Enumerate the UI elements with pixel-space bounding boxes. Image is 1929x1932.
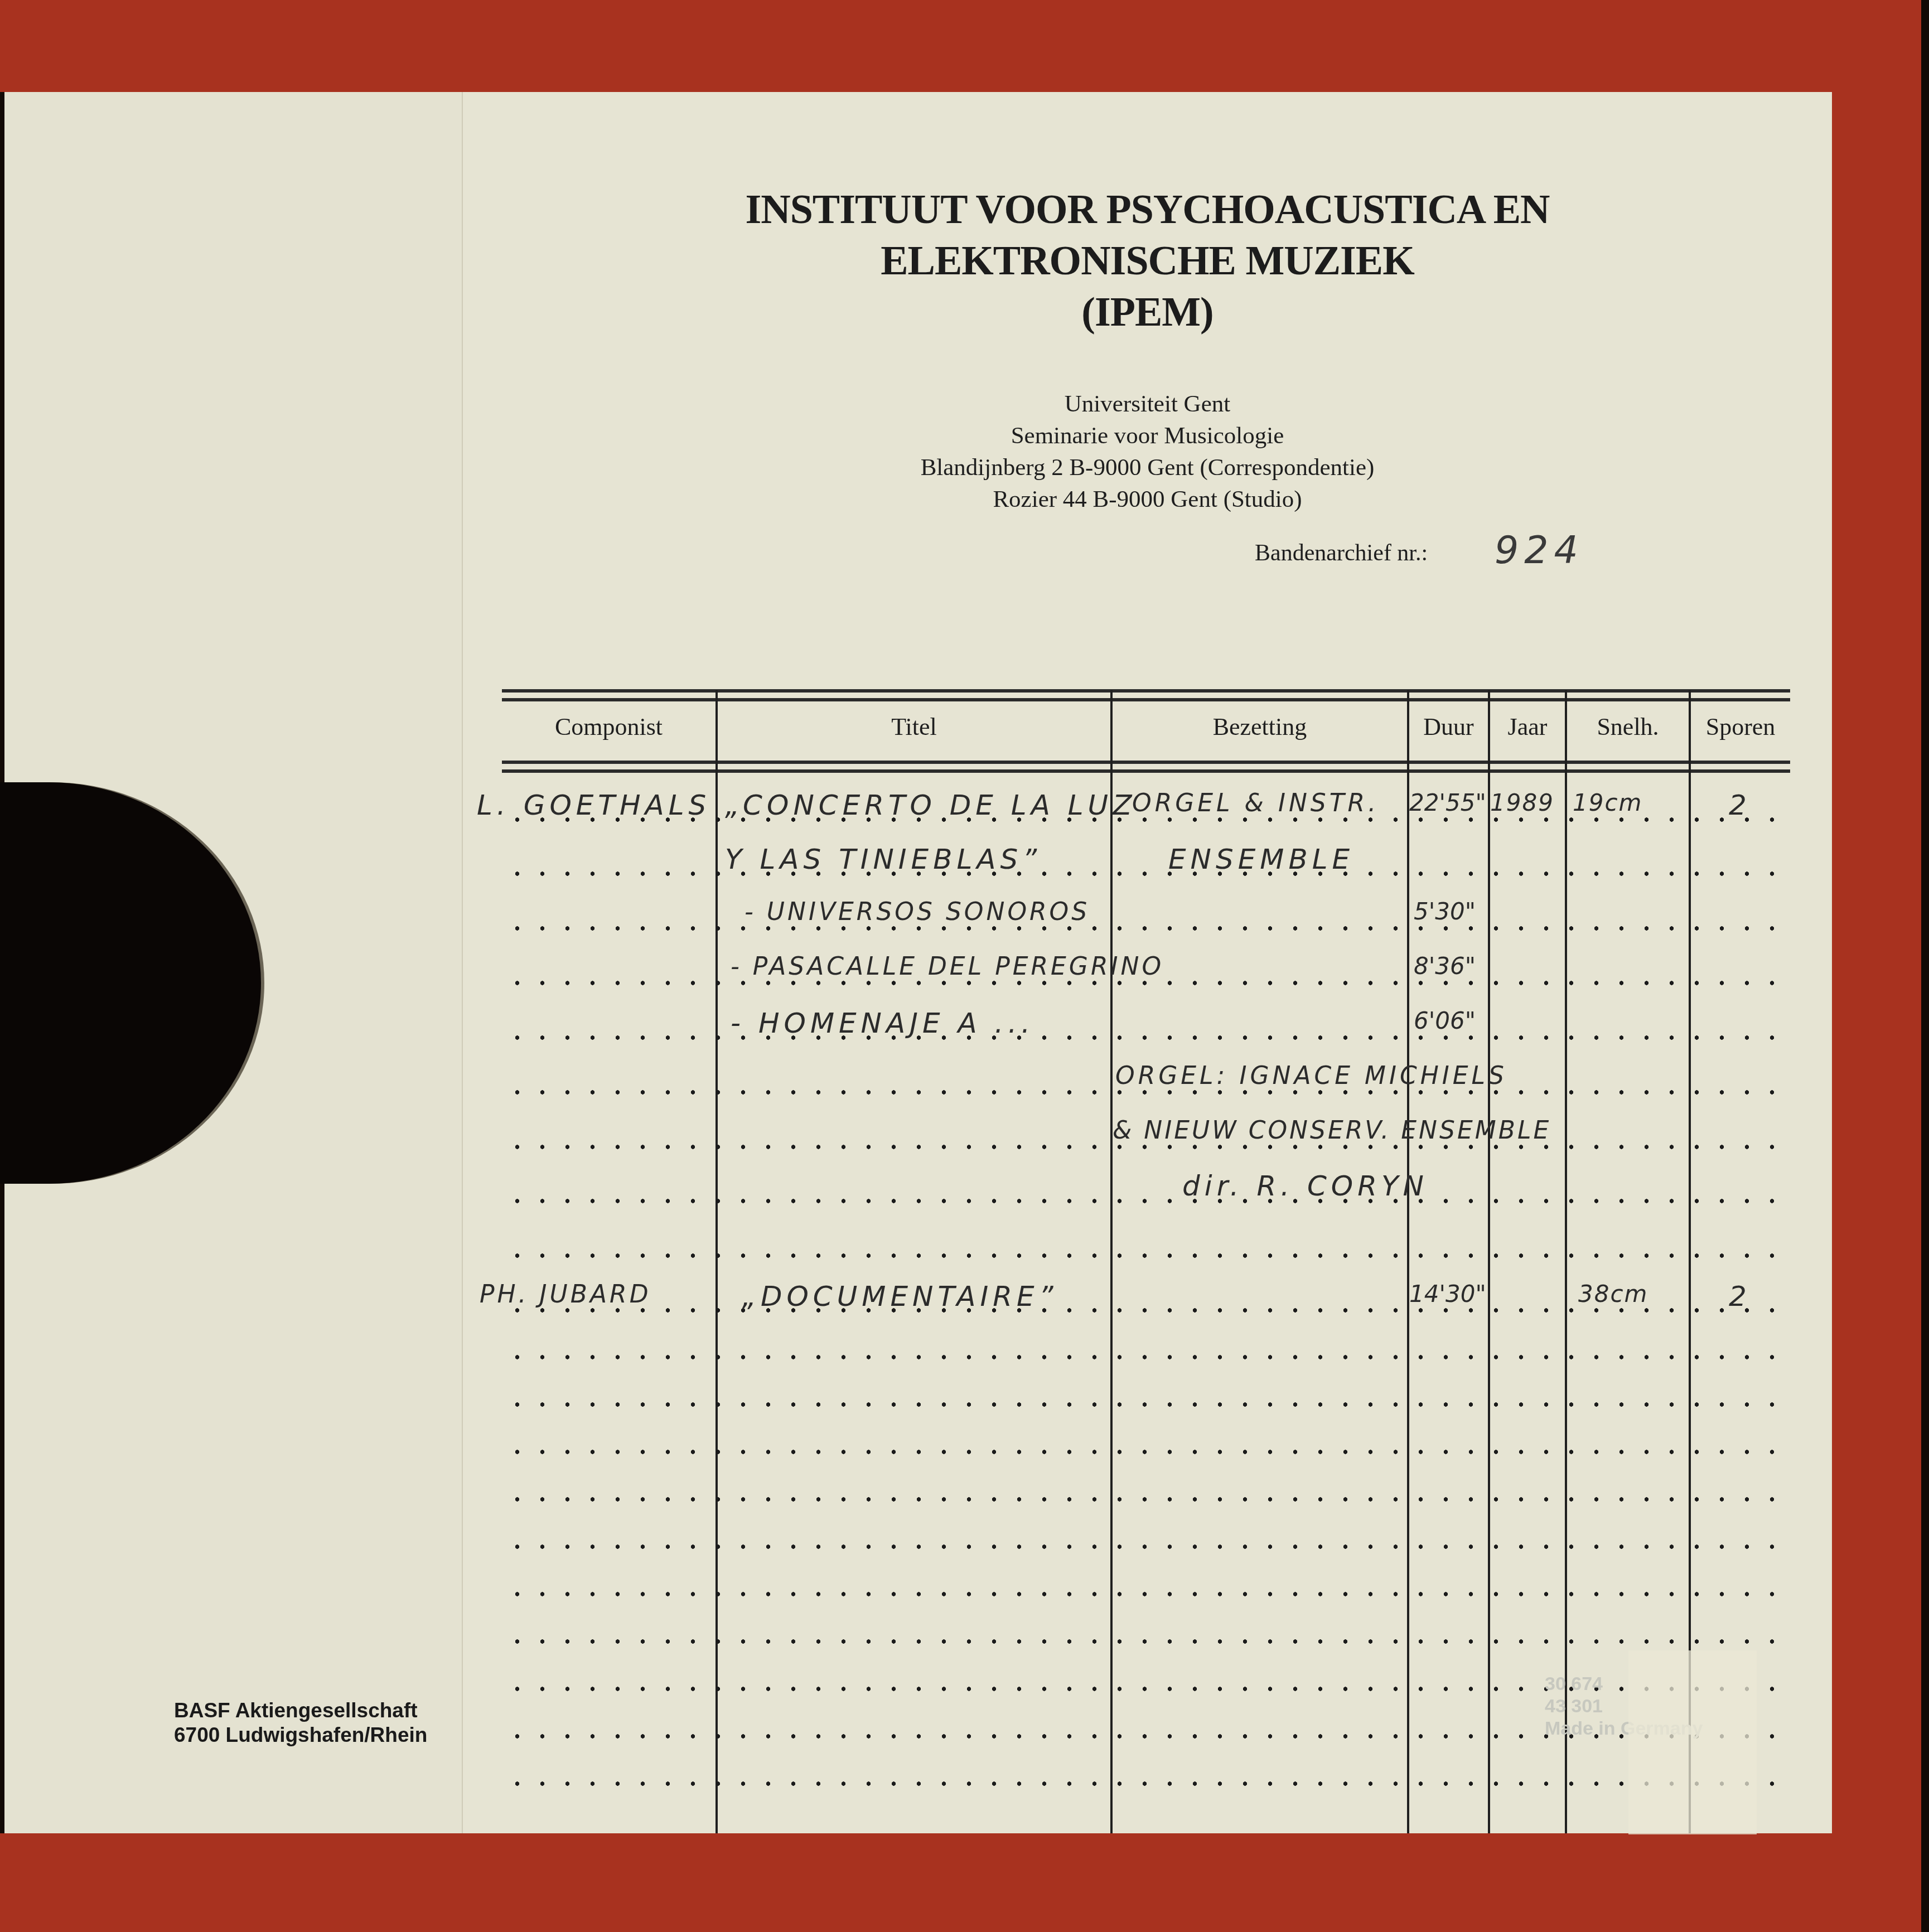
column-header-titel: Titel bbox=[718, 713, 1110, 741]
cell-titel: „CONCERTO DE LA LUZ bbox=[725, 789, 1136, 821]
manufacturer-line: 6700 Ludwigshafen/Rhein bbox=[174, 1723, 427, 1747]
cell-sporen: 2 bbox=[1729, 1280, 1751, 1313]
frame-bottom bbox=[0, 1833, 1921, 1932]
cell-duur: 5'30" bbox=[1414, 898, 1476, 925]
cell-bezetting: & NIEUW CONSERV. ENSEMBLE bbox=[1113, 1116, 1551, 1145]
cell-sporen: 2 bbox=[1729, 789, 1751, 821]
tape-strip bbox=[1628, 1650, 1757, 1834]
column-divider bbox=[1565, 690, 1567, 1833]
cell-bezetting: ORGEL & INSTR. bbox=[1132, 789, 1379, 817]
cell-componist: L. GOETHALS bbox=[477, 789, 710, 821]
institute-title: INSTITUUT VOOR PSYCHOACUSTICA EN ELEKTRO… bbox=[463, 184, 1832, 338]
title-line: ELEKTRONISCHE MUZIEK bbox=[463, 235, 1832, 287]
column-divider bbox=[1110, 690, 1113, 1833]
title-line: INSTITUUT VOOR PSYCHOACUSTICA EN bbox=[463, 184, 1832, 235]
column-header-snelh: Snelh. bbox=[1567, 713, 1689, 741]
cell-titel: - UNIVERSOS SONOROS bbox=[744, 898, 1090, 926]
cell-componist: PH. JUBARD bbox=[480, 1280, 651, 1309]
cell-titel: „DOCUMENTAIRE” bbox=[742, 1280, 1058, 1313]
table-top-rule bbox=[502, 689, 1790, 693]
table-top-rule bbox=[502, 698, 1790, 701]
column-header-componist: Componist bbox=[502, 713, 715, 741]
frame-top bbox=[0, 0, 1921, 92]
cell-snelh: 19cm bbox=[1573, 789, 1642, 816]
cell-duur: 22'55" bbox=[1409, 789, 1486, 816]
cell-duur: 8'36" bbox=[1414, 952, 1476, 980]
cell-bezetting: ENSEMBLE bbox=[1168, 843, 1354, 875]
cell-titel: - HOMENAJE A ... bbox=[731, 1007, 1034, 1039]
archive-number: 924 bbox=[1495, 529, 1584, 573]
title-line: (IPEM) bbox=[463, 287, 1832, 338]
column-divider bbox=[1407, 690, 1409, 1833]
address-line: Seminarie voor Musicologie bbox=[463, 420, 1832, 452]
cell-snelh: 38cm bbox=[1578, 1280, 1648, 1308]
archive-label: Bandenarchief nr.: bbox=[1255, 540, 1428, 566]
address-block: Universiteit Gent Seminarie voor Musicol… bbox=[463, 388, 1832, 515]
address-line: Blandijnberg 2 B-9000 Gent (Corresponden… bbox=[463, 452, 1832, 483]
cell-bezetting: dir. R. CORYN bbox=[1182, 1170, 1428, 1202]
cell-duur: 6'06" bbox=[1414, 1007, 1476, 1034]
manufacturer-line: BASF Aktiengesellschaft bbox=[174, 1698, 427, 1723]
finger-notch bbox=[0, 782, 261, 1184]
column-header-duur: Duur bbox=[1409, 713, 1488, 741]
frame-right bbox=[1832, 0, 1921, 1932]
cell-jaar: 1989 bbox=[1490, 789, 1554, 816]
manufacturer-imprint: BASF Aktiengesellschaft 6700 Ludwigshafe… bbox=[174, 1698, 427, 1747]
header-bottom-rule bbox=[502, 761, 1790, 764]
column-divider bbox=[715, 690, 718, 1833]
column-header-jaar: Jaar bbox=[1490, 713, 1565, 741]
cell-titel: Y LAS TINIEBLAS” bbox=[725, 843, 1041, 875]
address-line: Rozier 44 B-9000 Gent (Studio) bbox=[463, 483, 1832, 515]
column-header-bezetting: Bezetting bbox=[1113, 713, 1407, 741]
cell-duur: 14'30" bbox=[1409, 1280, 1486, 1308]
column-header-sporen: Sporen bbox=[1691, 713, 1790, 741]
address-line: Universiteit Gent bbox=[463, 388, 1832, 420]
header-bottom-rule bbox=[502, 769, 1790, 773]
cell-bezetting: ORGEL: IGNACE MICHIELS bbox=[1115, 1062, 1507, 1090]
column-divider bbox=[1488, 690, 1490, 1833]
cell-titel: - PASACALLE DEL PEREGRINO bbox=[731, 952, 1164, 981]
left-panel bbox=[4, 92, 463, 1833]
